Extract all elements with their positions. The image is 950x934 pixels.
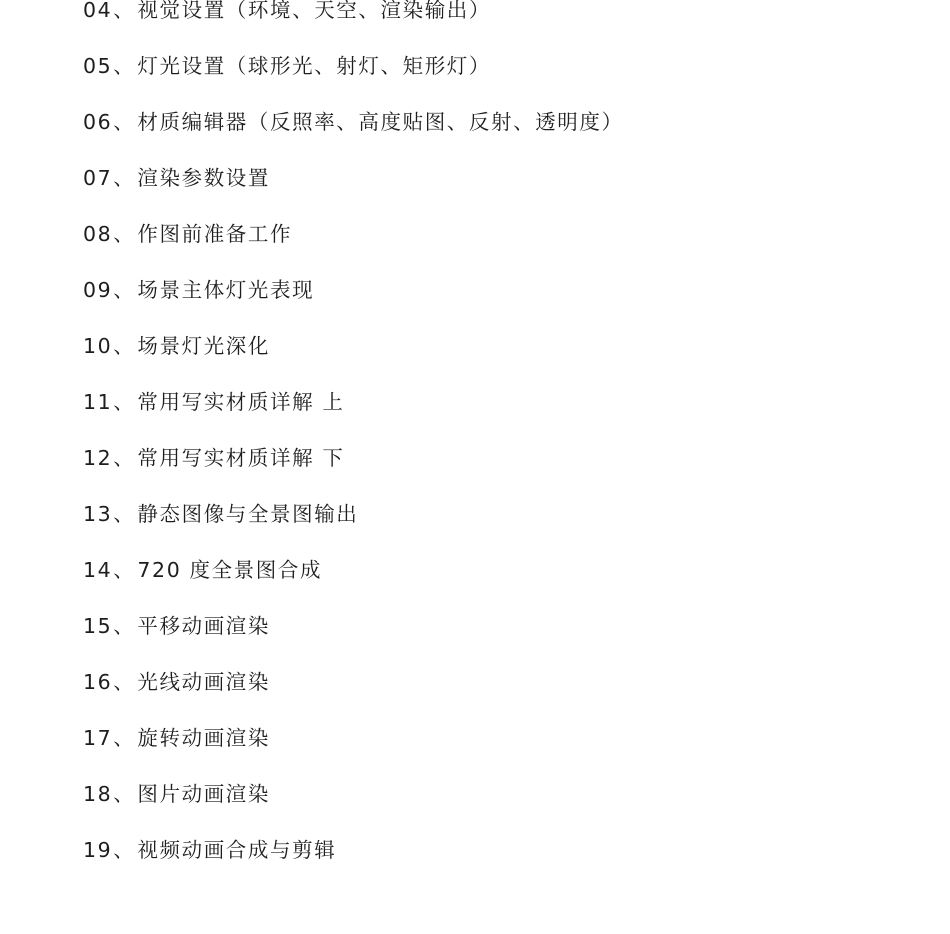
item-separator: 、 bbox=[113, 374, 135, 430]
item-title: 常用写实材质详解 上 bbox=[137, 390, 344, 414]
item-title: 常用写实材质详解 下 bbox=[137, 446, 344, 470]
item-title: 场景灯光深化 bbox=[137, 334, 270, 358]
item-number: 19 bbox=[83, 822, 112, 878]
item-number: 05 bbox=[83, 38, 112, 94]
item-number: 11 bbox=[83, 374, 112, 430]
toc-item-09: 09、场景主体灯光表现 bbox=[83, 262, 624, 318]
item-separator: 、 bbox=[113, 38, 135, 94]
item-separator: 、 bbox=[113, 150, 135, 206]
toc-item-07: 07、渲染参数设置 bbox=[83, 150, 624, 206]
item-number: 17 bbox=[83, 710, 112, 766]
toc-item-15: 15、平移动画渲染 bbox=[83, 598, 624, 654]
item-separator: 、 bbox=[113, 822, 135, 878]
item-separator: 、 bbox=[113, 486, 135, 542]
item-separator: 、 bbox=[113, 262, 135, 318]
item-title: 场景主体灯光表现 bbox=[137, 278, 314, 302]
item-title: 作图前准备工作 bbox=[137, 222, 292, 246]
item-separator: 、 bbox=[113, 766, 135, 822]
item-number: 16 bbox=[83, 654, 112, 710]
item-separator: 、 bbox=[113, 206, 135, 262]
item-title: 旋转动画渲染 bbox=[137, 726, 270, 750]
toc-item-17: 17、旋转动画渲染 bbox=[83, 710, 624, 766]
item-separator: 、 bbox=[113, 0, 135, 38]
toc-item-13: 13、静态图像与全景图输出 bbox=[83, 486, 624, 542]
item-number: 13 bbox=[83, 486, 112, 542]
item-separator: 、 bbox=[113, 598, 135, 654]
item-separator: 、 bbox=[113, 654, 135, 710]
item-separator: 、 bbox=[113, 94, 135, 150]
item-number: 06 bbox=[83, 94, 112, 150]
toc-item-05: 05、灯光设置（球形光、射灯、矩形灯） bbox=[83, 38, 624, 94]
item-title: 渲染参数设置 bbox=[137, 166, 270, 190]
toc-item-14: 14、720 度全景图合成 bbox=[83, 542, 624, 598]
item-title: 静态图像与全景图输出 bbox=[137, 502, 358, 526]
item-title: 平移动画渲染 bbox=[137, 614, 270, 638]
toc-item-19: 19、视频动画合成与剪辑 bbox=[83, 822, 624, 878]
toc-item-11: 11、常用写实材质详解 上 bbox=[83, 374, 624, 430]
item-number: 07 bbox=[83, 150, 112, 206]
item-separator: 、 bbox=[113, 430, 135, 486]
item-number: 09 bbox=[83, 262, 112, 318]
item-number: 04 bbox=[83, 0, 112, 38]
toc-item-06: 06、材质编辑器（反照率、高度贴图、反射、透明度） bbox=[83, 94, 624, 150]
item-separator: 、 bbox=[113, 542, 135, 598]
item-title: 图片动画渲染 bbox=[137, 782, 270, 806]
item-title: 光线动画渲染 bbox=[137, 670, 270, 694]
item-title: 视频动画合成与剪辑 bbox=[137, 838, 336, 862]
item-number: 12 bbox=[83, 430, 112, 486]
item-number: 10 bbox=[83, 318, 112, 374]
item-number: 08 bbox=[83, 206, 112, 262]
toc-item-12: 12、常用写实材质详解 下 bbox=[83, 430, 624, 486]
item-number: 15 bbox=[83, 598, 112, 654]
item-number: 14 bbox=[83, 542, 112, 598]
item-separator: 、 bbox=[113, 710, 135, 766]
table-of-contents: 04、视觉设置（环境、天空、渲染输出） 05、灯光设置（球形光、射灯、矩形灯） … bbox=[83, 0, 624, 878]
item-title: 720 度全景图合成 bbox=[137, 558, 322, 582]
toc-item-04: 04、视觉设置（环境、天空、渲染输出） bbox=[83, 0, 624, 38]
item-number: 18 bbox=[83, 766, 112, 822]
toc-item-08: 08、作图前准备工作 bbox=[83, 206, 624, 262]
item-title: 材质编辑器（反照率、高度贴图、反射、透明度） bbox=[137, 110, 623, 134]
toc-item-18: 18、图片动画渲染 bbox=[83, 766, 624, 822]
toc-item-16: 16、光线动画渲染 bbox=[83, 654, 624, 710]
item-separator: 、 bbox=[113, 318, 135, 374]
toc-item-10: 10、场景灯光深化 bbox=[83, 318, 624, 374]
item-title: 视觉设置（环境、天空、渲染输出） bbox=[137, 0, 491, 22]
item-title: 灯光设置（球形光、射灯、矩形灯） bbox=[137, 54, 491, 78]
